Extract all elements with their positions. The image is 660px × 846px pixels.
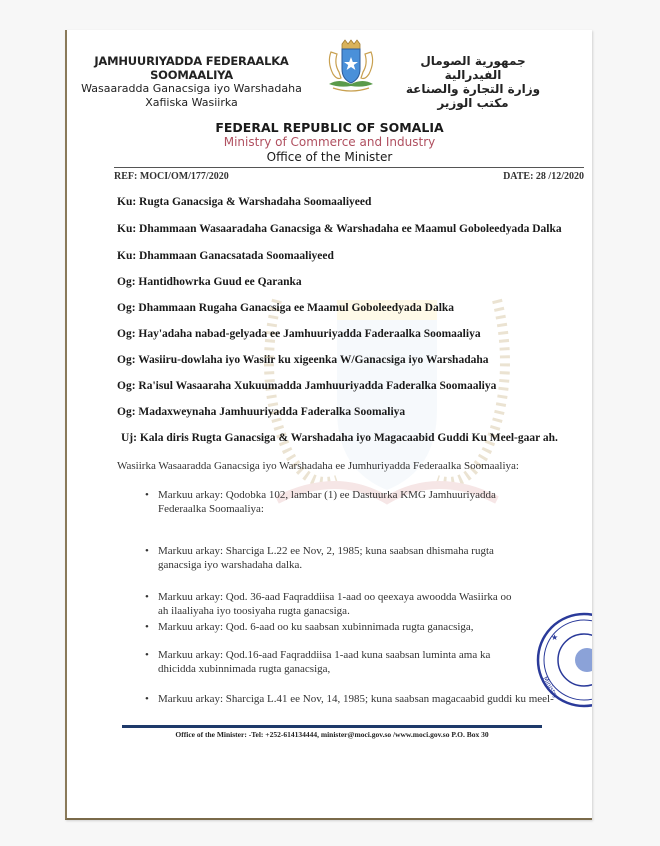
letter-date: DATE: 28 /12/2020 — [503, 171, 584, 182]
cc-line: Og: Hay'adaha nabad-gelyada ee Jamhuuriy… — [117, 328, 481, 340]
cc-line: Og: Hantidhowrka Guud ee Qaranka — [117, 276, 302, 288]
letterhead-arabic-line1: جمهورية الصومال الفيدرالية — [398, 54, 548, 82]
recipient-line: Ku: Dhammaan Ganacsatada Soomaaliyeed — [117, 250, 334, 262]
footer-divider — [122, 725, 542, 728]
footer-contact: Office of the Minister: -Tel: +252-61413… — [122, 730, 542, 739]
letterhead-arabic: جمهورية الصومال الفيدرالية وزارة التجارة… — [398, 54, 548, 110]
country-title: FEDERAL REPUBLIC OF SOMALIA — [67, 120, 592, 135]
ministry-title: Ministry of Commerce and Industry — [67, 135, 592, 150]
somalia-coat-of-arms-icon — [323, 38, 379, 96]
cc-line: Og: Madaxweynaha Jamhuuriyadda Faderalka… — [117, 406, 405, 418]
recipient-line: Ku: Dhammaan Wasaaradaha Ganacsiga & War… — [117, 223, 562, 235]
office-title: Office of the Minister — [67, 150, 592, 165]
letterhead-somali-line1: JAMHUURIYADDA FEDERAALKA SOOMAALIYA — [69, 54, 314, 82]
cc-line: Og: Dhammaan Rugaha Ganacsiga ee Maamul … — [117, 302, 454, 314]
letter-page: JAMHUURIYADDA FEDERAALKA SOOMAALIYA Wasa… — [65, 30, 592, 820]
letterhead-somali: JAMHUURIYADDA FEDERAALKA SOOMAALIYA Wasa… — [69, 54, 314, 110]
letterhead-english: FEDERAL REPUBLIC OF SOMALIA Ministry of … — [67, 120, 592, 165]
letterhead-somali-line2: Wasaaradda Ganacsiga iyo Warshadaha — [69, 82, 314, 96]
consideration-item: Markuu arkay: Qod. 36-aad Faqraddiisa 1-… — [145, 590, 523, 618]
consideration-item: Markuu arkay: Qod. 6-aad oo ku saabsan x… — [145, 620, 523, 634]
consideration-item: Markuu arkay: Sharciga L.22 ee Nov, 2, 1… — [145, 544, 523, 572]
consideration-item: Markuu arkay: Qodobka 102, lambar (1) ee… — [145, 488, 523, 516]
reference-number: REF: MOCI/OM/177/2020 — [114, 171, 229, 182]
cc-line: Og: Wasiiru-dowlaha iyo Wasiir ku xigeen… — [117, 354, 489, 366]
letterhead-somali-line3: Xafiiska Wasiirka — [69, 96, 314, 110]
official-stamp-icon: ★ Ministry — [529, 610, 592, 710]
letterhead-arabic-line3: مكتب الوزير — [398, 96, 548, 110]
svg-text:Ministry: Ministry — [541, 676, 559, 701]
recipient-line: Ku: Rugta Ganacsiga & Warshadaha Soomaal… — [117, 196, 371, 208]
intro-paragraph: Wasiirka Wasaaradda Ganacsiga iyo Warsha… — [117, 460, 519, 472]
cc-line: Og: Ra'isul Wasaaraha Xukuumadda Jamhuur… — [117, 380, 496, 392]
svg-text:★: ★ — [551, 633, 558, 642]
header-divider — [114, 167, 584, 168]
letterhead-arabic-line2: وزارة التجارة والصناعة — [398, 82, 548, 96]
consideration-item: Markuu arkay: Qod.16-aad Faqraddiisa 1-a… — [145, 648, 523, 676]
consideration-item: Markuu arkay: Sharciga L.41 ee Nov, 14, … — [145, 692, 523, 706]
subject-line: Uj: Kala diris Rugta Ganacsiga & Warshad… — [121, 432, 558, 444]
